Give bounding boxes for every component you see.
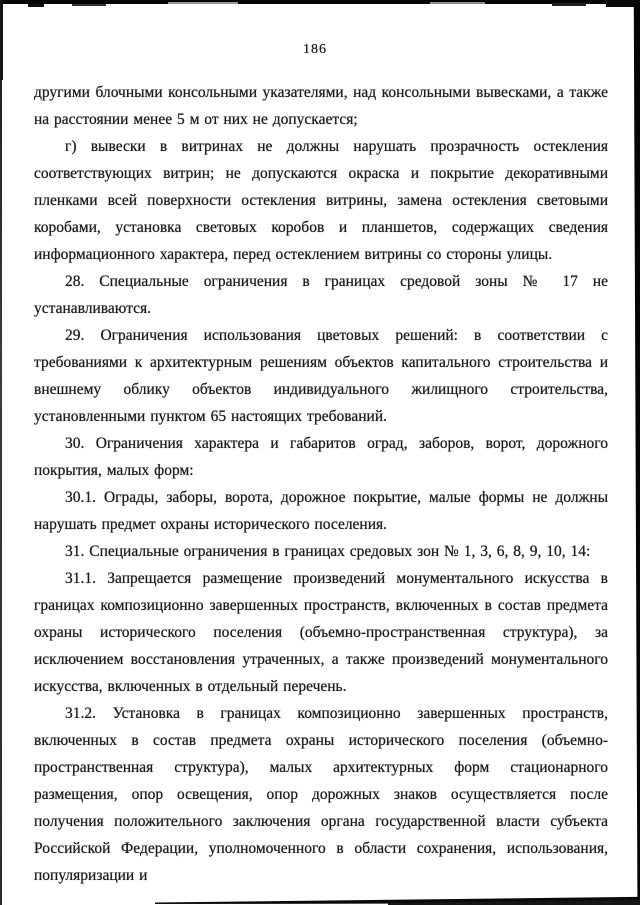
paragraph: 28. Специальные ограничения в границах с… [34, 268, 608, 322]
paragraph: другими блочными консольными указателями… [34, 79, 608, 133]
scanned-page: 186 другими блочными консольными указате… [0, 0, 640, 905]
page-number: 186 [0, 42, 630, 58]
scan-artifact-top-mark [606, 0, 640, 7]
paragraph: г) вывески в витринах не должны нарушать… [34, 133, 608, 268]
scan-artifact-top-mark [552, 3, 586, 6]
paragraph: 30. Ограничения характера и габаритов ог… [34, 430, 608, 484]
scan-artifact-left-edge [0, 0, 3, 80]
paragraph: 31.1. Запрещается размещение произведени… [34, 565, 608, 700]
paragraph: 29. Ограничения использования цветовых р… [34, 322, 608, 430]
scan-artifact-top-gap [168, 2, 238, 4]
scan-artifact-top-edge [0, 0, 640, 4]
document-body: другими блочными консольными указателями… [34, 79, 608, 889]
paragraph: 31. Специальные ограничения в границах с… [34, 538, 608, 565]
paragraph: 30.1. Ограды, заборы, ворота, дорожное п… [34, 484, 608, 538]
scan-artifact-bottom-edge [155, 894, 640, 904]
scan-artifact-left-edge [0, 0, 2, 905]
scan-artifact-top-mark [28, 4, 44, 7]
scan-artifact-top-gap [430, 2, 485, 4]
scan-artifact-top-mark [72, 4, 106, 6]
paragraph: 31.2. Установка в границах композиционно… [34, 700, 608, 889]
scan-artifact-right-edge [632, 0, 640, 905]
scan-artifact-bottom-edge [388, 900, 640, 905]
